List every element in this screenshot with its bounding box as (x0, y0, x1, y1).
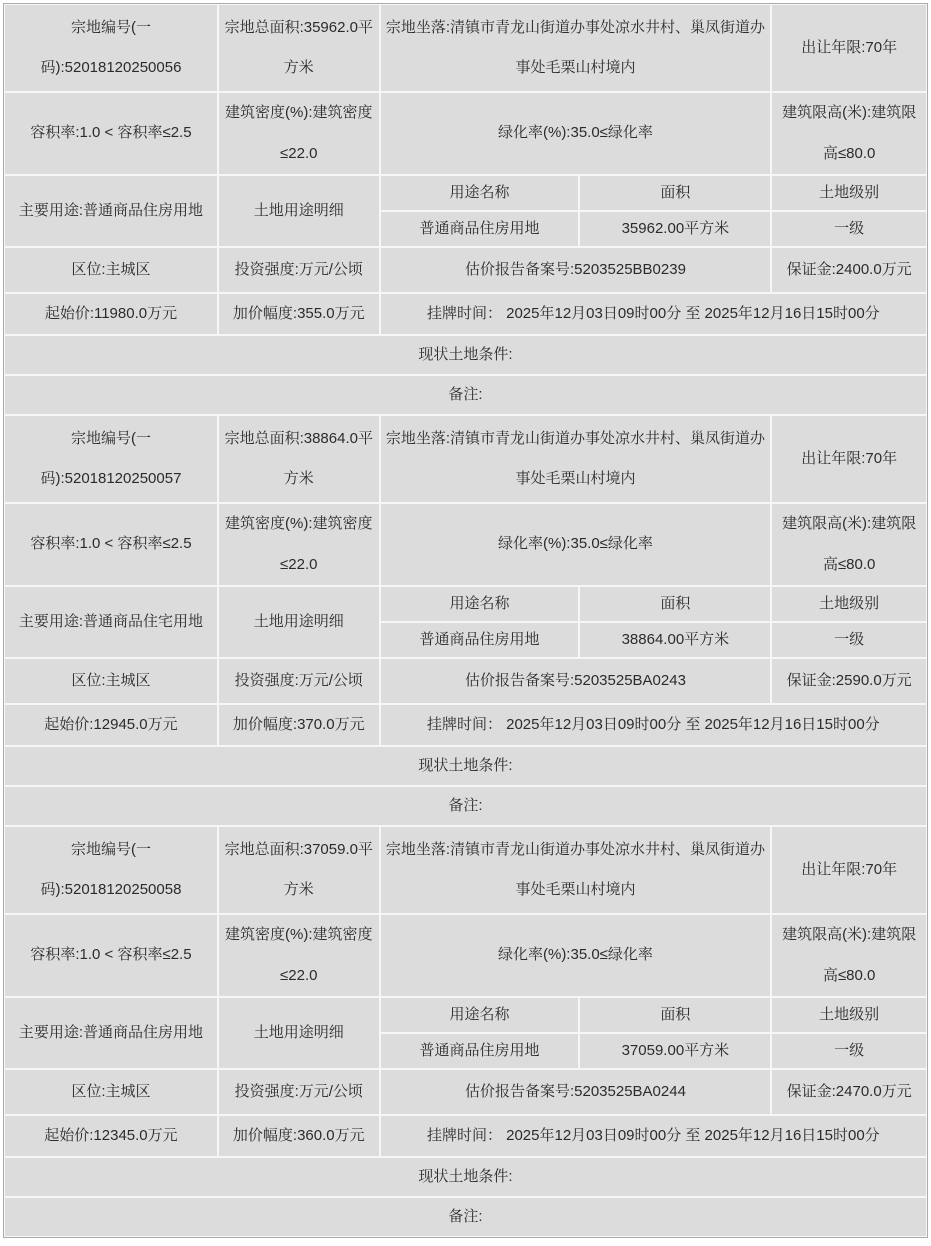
district-cell: 区位:主城区 (4, 658, 218, 704)
current-condition-cell: 现状土地条件: (4, 746, 927, 786)
main-use-cell: 主要用途:普通商品住房用地 (4, 175, 218, 247)
increment-cell: 加价幅度:360.0万元 (218, 1115, 380, 1157)
listing-time-cell: 挂牌时间： 2025年12月03日09时00分 至 2025年12月16日15时… (380, 1115, 927, 1157)
parcel-header-row: 宗地编号(一码):52018120250056 宗地总面积:35962.0平方米… (4, 4, 927, 92)
parcel-header-row: 宗地编号(一码):52018120250058 宗地总面积:37059.0平方米… (4, 826, 927, 914)
use-header-row: 主要用途:普通商品住房用地 土地用途明细 用途名称 面积 土地级别 (4, 175, 927, 211)
remark-cell: 备注: (4, 375, 927, 415)
use-area-cell: 37059.00平方米 (579, 1033, 771, 1069)
height-limit-cell: 建筑限高(米):建筑限高≤80.0 (771, 914, 927, 997)
greening-cell: 绿化率(%):35.0≤绿化率 (380, 914, 772, 997)
total-area-cell: 宗地总面积:35962.0平方米 (218, 4, 380, 92)
increment-cell: 加价幅度:355.0万元 (218, 293, 380, 335)
price-row: 起始价:11980.0万元 加价幅度:355.0万元 挂牌时间： 2025年12… (4, 293, 927, 335)
condition-row: 现状土地条件: (4, 746, 927, 786)
land-grade-cell: 一级 (771, 211, 927, 247)
appraisal-cell: 估价报告备案号:5203525BB0239 (380, 247, 772, 293)
price-row: 起始价:12345.0万元 加价幅度:360.0万元 挂牌时间： 2025年12… (4, 1115, 927, 1157)
greening-cell: 绿化率(%):35.0≤绿化率 (380, 92, 772, 175)
start-price-cell: 起始价:12345.0万元 (4, 1115, 218, 1157)
deposit-cell: 保证金:2470.0万元 (771, 1069, 927, 1115)
term-cell: 出让年限:70年 (771, 4, 927, 92)
investment-cell: 投资强度:万元/公顷 (218, 658, 380, 704)
total-area-cell: 宗地总面积:38864.0平方米 (218, 415, 380, 503)
location-cell: 宗地坐落:清镇市青龙山街道办事处凉水井村、巢凤街道办事处毛栗山村境内 (380, 415, 772, 503)
land-grade-header-cell: 土地级别 (771, 175, 927, 211)
land-listing-table: 宗地编号(一码):52018120250056 宗地总面积:35962.0平方米… (4, 4, 927, 1237)
land-grade-header-cell: 土地级别 (771, 997, 927, 1033)
remark-cell: 备注: (4, 1197, 927, 1237)
main-use-cell: 主要用途:普通商品住房用地 (4, 997, 218, 1069)
parcel-header-row: 宗地编号(一码):52018120250057 宗地总面积:38864.0平方米… (4, 415, 927, 503)
remark-cell: 备注: (4, 786, 927, 826)
planning-row: 容积率:1.0 < 容积率≤2.5 建筑密度(%):建筑密度≤22.0 绿化率(… (4, 914, 927, 997)
use-header-row: 主要用途:普通商品住房用地 土地用途明细 用途名称 面积 土地级别 (4, 997, 927, 1033)
use-name-cell: 普通商品住房用地 (380, 622, 580, 658)
deposit-cell: 保证金:2590.0万元 (771, 658, 927, 704)
use-detail-label-cell: 土地用途明细 (218, 586, 380, 658)
plot-ratio-cell: 容积率:1.0 < 容积率≤2.5 (4, 503, 218, 586)
use-detail-label-cell: 土地用途明细 (218, 997, 380, 1069)
building-density-cell: 建筑密度(%):建筑密度≤22.0 (218, 503, 380, 586)
parcel-block-2: 宗地编号(一码):52018120250057 宗地总面积:38864.0平方米… (4, 415, 927, 826)
use-name-cell: 普通商品住房用地 (380, 211, 580, 247)
greening-cell: 绿化率(%):35.0≤绿化率 (380, 503, 772, 586)
use-name-cell: 普通商品住房用地 (380, 1033, 580, 1069)
use-area-header-cell: 面积 (579, 175, 771, 211)
current-condition-cell: 现状土地条件: (4, 335, 927, 375)
height-limit-cell: 建筑限高(米):建筑限高≤80.0 (771, 503, 927, 586)
price-row: 起始价:12945.0万元 加价幅度:370.0万元 挂牌时间： 2025年12… (4, 704, 927, 746)
use-detail-label-cell: 土地用途明细 (218, 175, 380, 247)
start-price-cell: 起始价:11980.0万元 (4, 293, 218, 335)
district-row: 区位:主城区 投资强度:万元/公顷 估价报告备案号:5203525BA0243 … (4, 658, 927, 704)
location-cell: 宗地坐落:清镇市青龙山街道办事处凉水井村、巢凤街道办事处毛栗山村境内 (380, 4, 772, 92)
land-grade-header-cell: 土地级别 (771, 586, 927, 622)
condition-row: 现状土地条件: (4, 335, 927, 375)
land-listing-table-wrap: 宗地编号(一码):52018120250056 宗地总面积:35962.0平方米… (3, 3, 928, 1238)
deposit-cell: 保证金:2400.0万元 (771, 247, 927, 293)
parcel-block-1: 宗地编号(一码):52018120250056 宗地总面积:35962.0平方米… (4, 4, 927, 415)
use-area-cell: 35962.00平方米 (579, 211, 771, 247)
planning-row: 容积率:1.0 < 容积率≤2.5 建筑密度(%):建筑密度≤22.0 绿化率(… (4, 503, 927, 586)
land-grade-cell: 一级 (771, 1033, 927, 1069)
term-cell: 出让年限:70年 (771, 826, 927, 914)
plot-ratio-cell: 容积率:1.0 < 容积率≤2.5 (4, 914, 218, 997)
main-use-cell: 主要用途:普通商品住宅用地 (4, 586, 218, 658)
building-density-cell: 建筑密度(%):建筑密度≤22.0 (218, 92, 380, 175)
district-row: 区位:主城区 投资强度:万元/公顷 估价报告备案号:5203525BA0244 … (4, 1069, 927, 1115)
parcel-no-cell: 宗地编号(一码):52018120250056 (4, 4, 218, 92)
appraisal-cell: 估价报告备案号:5203525BA0244 (380, 1069, 772, 1115)
height-limit-cell: 建筑限高(米):建筑限高≤80.0 (771, 92, 927, 175)
use-header-row: 主要用途:普通商品住宅用地 土地用途明细 用途名称 面积 土地级别 (4, 586, 927, 622)
investment-cell: 投资强度:万元/公顷 (218, 1069, 380, 1115)
listing-time-cell: 挂牌时间： 2025年12月03日09时00分 至 2025年12月16日15时… (380, 704, 927, 746)
use-name-header-cell: 用途名称 (380, 586, 580, 622)
district-cell: 区位:主城区 (4, 1069, 218, 1115)
current-condition-cell: 现状土地条件: (4, 1157, 927, 1197)
location-cell: 宗地坐落:清镇市青龙山街道办事处凉水井村、巢凤街道办事处毛栗山村境内 (380, 826, 772, 914)
use-area-cell: 38864.00平方米 (579, 622, 771, 658)
use-name-header-cell: 用途名称 (380, 175, 580, 211)
parcel-block-3: 宗地编号(一码):52018120250058 宗地总面积:37059.0平方米… (4, 826, 927, 1237)
parcel-no-cell: 宗地编号(一码):52018120250057 (4, 415, 218, 503)
start-price-cell: 起始价:12945.0万元 (4, 704, 218, 746)
total-area-cell: 宗地总面积:37059.0平方米 (218, 826, 380, 914)
increment-cell: 加价幅度:370.0万元 (218, 704, 380, 746)
parcel-no-cell: 宗地编号(一码):52018120250058 (4, 826, 218, 914)
land-grade-cell: 一级 (771, 622, 927, 658)
use-area-header-cell: 面积 (579, 997, 771, 1033)
district-cell: 区位:主城区 (4, 247, 218, 293)
term-cell: 出让年限:70年 (771, 415, 927, 503)
use-area-header-cell: 面积 (579, 586, 771, 622)
condition-row: 现状土地条件: (4, 1157, 927, 1197)
remark-row: 备注: (4, 375, 927, 415)
appraisal-cell: 估价报告备案号:5203525BA0243 (380, 658, 772, 704)
investment-cell: 投资强度:万元/公顷 (218, 247, 380, 293)
district-row: 区位:主城区 投资强度:万元/公顷 估价报告备案号:5203525BB0239 … (4, 247, 927, 293)
building-density-cell: 建筑密度(%):建筑密度≤22.0 (218, 914, 380, 997)
plot-ratio-cell: 容积率:1.0 < 容积率≤2.5 (4, 92, 218, 175)
remark-row: 备注: (4, 1197, 927, 1237)
use-name-header-cell: 用途名称 (380, 997, 580, 1033)
listing-time-cell: 挂牌时间： 2025年12月03日09时00分 至 2025年12月16日15时… (380, 293, 927, 335)
planning-row: 容积率:1.0 < 容积率≤2.5 建筑密度(%):建筑密度≤22.0 绿化率(… (4, 92, 927, 175)
remark-row: 备注: (4, 786, 927, 826)
